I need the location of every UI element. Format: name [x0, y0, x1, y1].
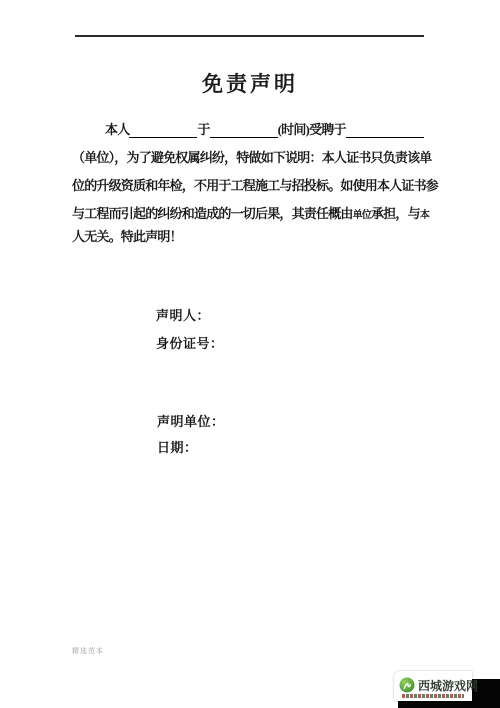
declaring-unit-label: 声明单位：: [157, 411, 225, 430]
body-line-4: 与工程而引起的纠纷和造成的一切后果，其责任概由单位承担，与本: [72, 203, 452, 222]
line4-pre: 与工程而引起的纠纷和造成的一切后果，其责任概由: [72, 206, 353, 221]
blank-employer-field: [346, 124, 424, 138]
line1-time-label: (时间)受聘于: [278, 122, 346, 137]
body-line-5: 人无关。特此声明！: [72, 226, 452, 245]
site-watermark: 西城游戏网: [394, 671, 472, 701]
declarant-label: 声明人：: [156, 305, 210, 324]
body-line-2: （单位），为了避免权属纠纷，特做如下说明：本人证书只负责该单: [72, 147, 452, 166]
body-line-1: 本人于(时间)受聘于: [72, 119, 452, 138]
body-line-3: 位的升级资质和年检，不用于工程施工与招投标。如使用本人证书参: [72, 175, 452, 194]
document-page: 免责声明 本人于(时间)受聘于 （单位），为了避免权属纠纷，特做如下说明：本人证…: [0, 0, 500, 708]
site-logo-icon: [399, 677, 415, 693]
line1-mid: 于: [197, 122, 209, 137]
blank-date-field: [210, 124, 278, 138]
line4-small-ben: 本: [420, 210, 429, 221]
line1-prefix: 本人: [105, 122, 129, 137]
id-number-label: 身份证号：: [156, 333, 224, 352]
footer-note: 精选范本: [72, 646, 104, 656]
date-label: 日期：: [157, 437, 198, 456]
line4-mid: 承担，与: [371, 206, 420, 221]
line4-small-unit: 单位: [353, 210, 371, 221]
watermark-subtext-bar: [402, 694, 464, 698]
watermark-black-strip: [398, 700, 500, 708]
top-horizontal-rule: [75, 35, 424, 37]
site-name: 西城游戏网: [418, 677, 478, 694]
page-title: 免责声明: [0, 68, 500, 98]
blank-name-field: [129, 124, 197, 138]
